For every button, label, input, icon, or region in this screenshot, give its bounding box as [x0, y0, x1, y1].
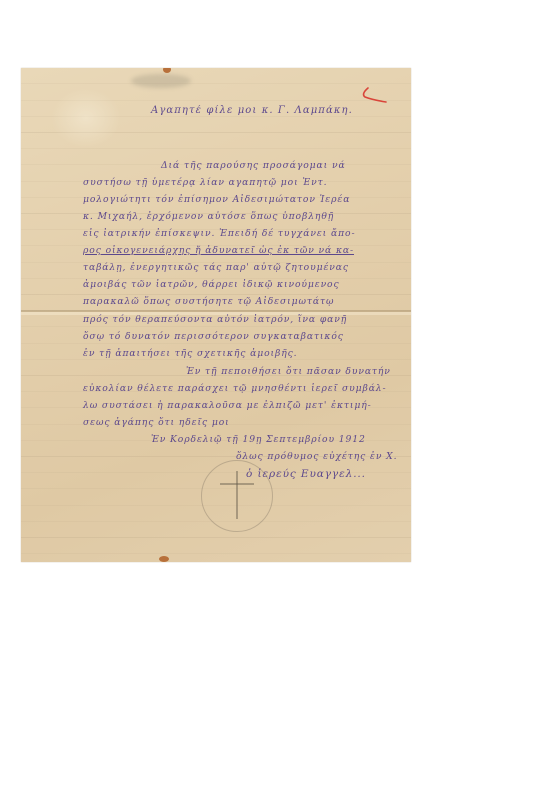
body-line: Ἐν τῇ πεποιθήσει ὅτι πᾶσαν δυνατήν	[186, 366, 391, 377]
embossed-mark	[51, 88, 121, 148]
body-line: ὅσῳ τό δυνατόν περισσότερον συγκαταβατικ…	[83, 331, 344, 342]
salutation: Αγαπητέ φίλε μοι κ. Γ. Λαμπάκη.	[151, 105, 353, 116]
body-line: συστήσω τῇ ὑμετέρᾳ λίαν αγαπητῷ μοι Ἐντ.	[83, 177, 327, 188]
body-line: σεως ἀγάπης ὅτι ηδεῖς μοι	[83, 417, 230, 428]
signature: ὁ ἱερεύς Ευαγγελ...	[246, 468, 366, 480]
body-line: ἐν τῇ ἀπαιτήσει τῆς σχετικῆς ἀμοιβῆς.	[83, 348, 298, 359]
body-line: Διά τῆς παρούσης προσάγομαι νά	[161, 160, 346, 171]
ink-smudge	[131, 74, 191, 88]
rust-spot-top	[163, 68, 171, 73]
body-line: παρακαλῶ ὅπως συστήσητε τῷ Αἰδεσιμωτάτῳ	[83, 296, 334, 307]
body-line: εὐκολίαν θέλετε παράσχει τῷ μνησθέντι ἱε…	[83, 383, 387, 394]
body-line: ρος οἰκογενειάρχης ἤ ἀδυνατεῖ ὡς ἐκ τῶν …	[83, 245, 354, 256]
body-line: ταβάλῃ, ἐνεργητικῶς τάς παρ' αὐτῷ ζητουμ…	[83, 262, 349, 273]
body-line: εἰς ἰατρικήν ἐπίσκεψιν. Ἐπειδή δέ τυγχάν…	[83, 228, 355, 239]
cross-icon	[236, 471, 238, 519]
body-line: πρός τόν θεραπεύσοντα αὐτόν ἰατρόν, ἵνα …	[83, 314, 347, 325]
sign-off: ὅλως πρόθυμος εὐχέτης ἐν Χ.	[236, 451, 397, 462]
letter-page: Αγαπητέ φίλε μοι κ. Γ. Λαμπάκη. Διά τῆς …	[21, 68, 411, 562]
body-line: κ. Μιχαήλ, ἐρχόμενον αὐτόσε ὅπως ὑποβληθ…	[83, 211, 334, 222]
place-date: Ἐν Κορδελιῷ τῇ 19ῃ Σεπτεμβρίου 1912	[151, 434, 366, 445]
body-line: λω συστάσει ἡ παρακαλοῦσα με ἐλπιζῶ μετ'…	[83, 400, 372, 411]
body-line: ἀμοιβάς τῶν ἰατρῶν, θάρρει ἰδικῷ κινούμε…	[83, 279, 340, 290]
body-line: μολογιώτητι τόν ἐπίσημον Αἰδεσιμώτατον Ἱ…	[83, 194, 350, 205]
red-check-mark-icon	[359, 86, 389, 104]
rust-spot-bottom	[159, 556, 169, 562]
cross-bar	[220, 483, 254, 485]
